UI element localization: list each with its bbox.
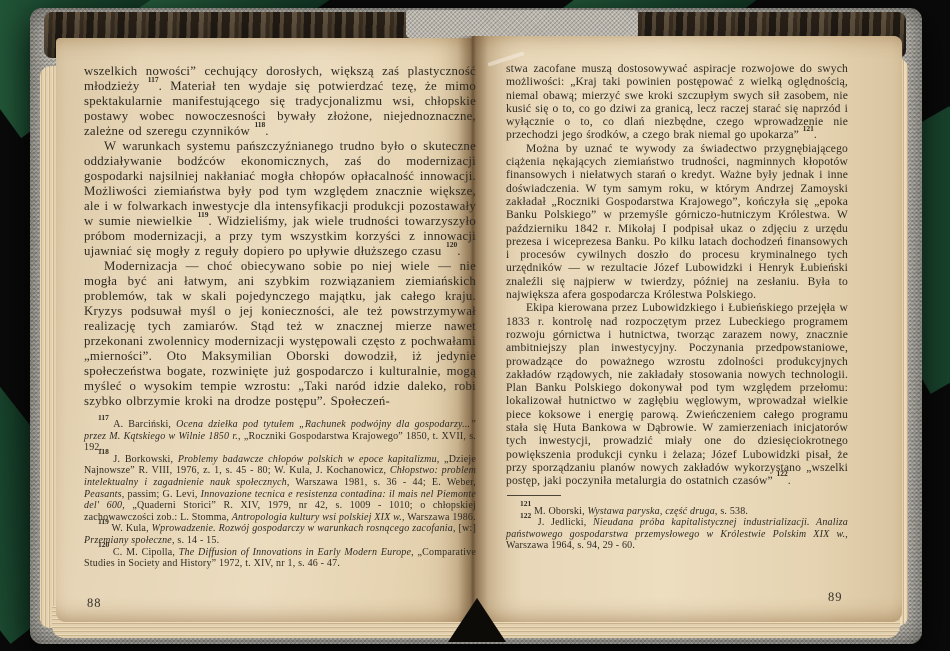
footnote-item: 122 J. Jedlicki, Nieudana próba kapitali… [506,517,848,552]
body-paragraph: Ekipa kierowana przez Lubowidzkiego i Łu… [506,301,848,487]
footnote-item: 119 W. Kula, Wprowadzenie. Rozwój gospod… [84,523,476,546]
spine-cloth [406,10,638,38]
body-paragraph: wszelkich nowości” cechujący dorosłych, … [84,64,476,139]
footnote-item: 121 M. Oborski, Wystawa paryska, część d… [506,506,848,518]
page-number-right: 89 [828,590,843,605]
right-page-body: stwa zacofane muszą dostosowywać aspirac… [506,62,848,488]
right-page-text: stwa zacofane muszą dostosowywać aspirac… [506,62,848,552]
book-photo-scene: wszelkich nowości” cechujący dorosłych, … [0,0,950,651]
body-paragraph: Można by uznać te wywody za świadectwo p… [506,142,848,302]
body-paragraph: W warunkach systemu pańszczyźnianego tru… [84,139,476,259]
footnote-item: 117 A. Barciński, Ocena dziełka pod tytu… [84,419,476,454]
footnote-item: 120 C. M. Cipolla, The Diffusion of Inno… [84,547,476,570]
left-page-body: wszelkich nowości” cechujący dorosłych, … [84,64,476,409]
page-number-left: 88 [87,596,102,611]
footnote-item: 118 J. Borkowski, Problemy badawcze chło… [84,454,476,524]
left-page-footnotes: 117 A. Barciński, Ocena dziełka pod tytu… [84,419,476,570]
footnote-rule [507,495,561,496]
right-page-footnotes: 121 M. Oborski, Wystawa paryska, część d… [506,506,848,552]
body-paragraph: stwa zacofane muszą dostosowywać aspirac… [506,62,848,142]
left-page-text: wszelkich nowości” cechujący dorosłych, … [84,64,476,570]
body-paragraph: Modernizacja — choć obiecywano sobie po … [84,259,476,409]
